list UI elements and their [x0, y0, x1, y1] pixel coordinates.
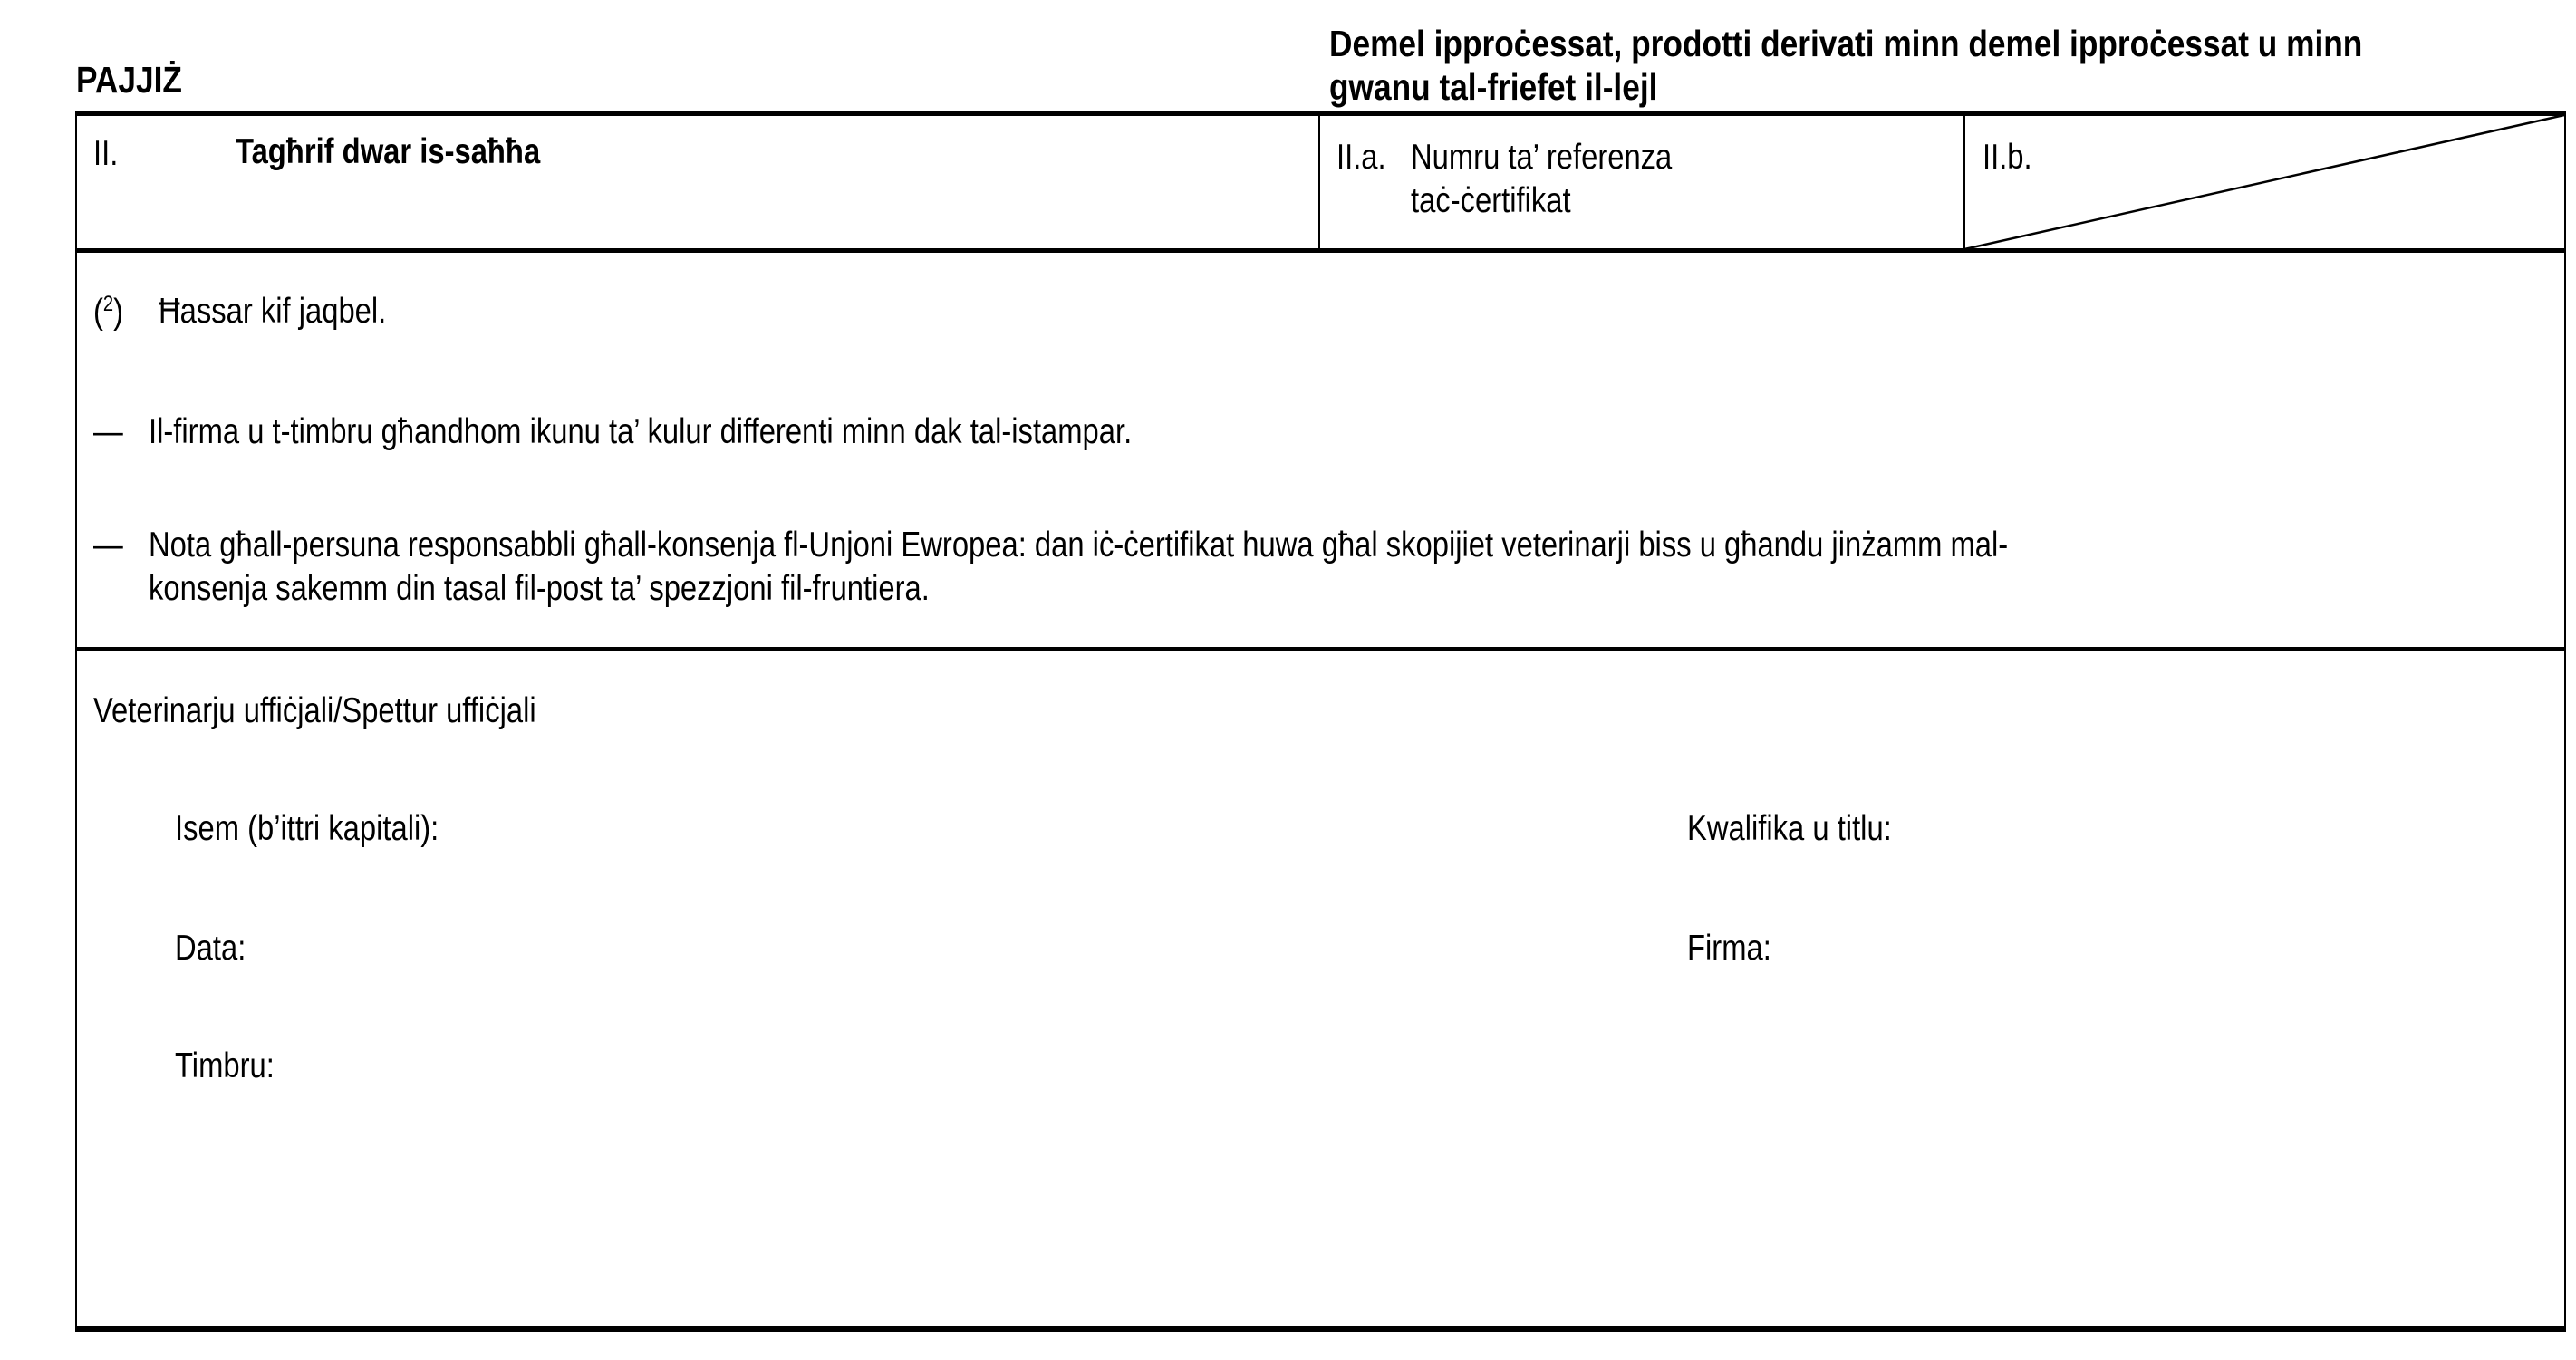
- iib-label: II.b.: [1983, 138, 2032, 178]
- bullet1-text: Il-firma u t-timbru għandhom ikunu ta’ k…: [149, 412, 1132, 452]
- section-title: Tagħrif dwar is-saħħa: [236, 132, 540, 172]
- commodity-heading: Demel ipproċessat, prodotti derivati min…: [1329, 22, 2576, 109]
- qualification-label: Kwalifika u titlu:: [1687, 809, 1892, 849]
- footnote: (2): [93, 292, 123, 333]
- footnote-open: (: [93, 293, 103, 332]
- footnote-text: Ħassar kif jaqbel.: [159, 292, 386, 332]
- signature-label: Firma:: [1687, 929, 1771, 969]
- date-label: Data:: [175, 929, 246, 969]
- iia-text-line1: Numru ta’ referenza: [1411, 138, 1672, 178]
- official-vet-heading: Veterinarju uffiċjali/Spettur uffiċjali: [93, 691, 536, 731]
- bullet2-dash: —: [93, 526, 123, 565]
- commodity-heading-line2: gwanu tal-friefet il-lejl: [1329, 65, 2576, 109]
- frame-bottom-border: [75, 1326, 2566, 1332]
- notes-divider: [75, 647, 2566, 651]
- footnote-close: ): [113, 293, 123, 332]
- frame-left-border: [75, 111, 77, 1332]
- stamp-label: Timbru:: [175, 1047, 275, 1086]
- iia-label: II.a.: [1336, 138, 1386, 178]
- bullet2-text-line2: konsenja sakemm din tasal fil-post ta’ s…: [149, 569, 930, 609]
- bullet2-text-line1: Nota għall-persuna responsabbli għall-ko…: [149, 526, 2008, 565]
- section-number: II.: [93, 134, 118, 174]
- column-divider-iia: [1318, 111, 1320, 251]
- iib-strikeout-diagonal: [1964, 114, 2565, 250]
- commodity-heading-line1: Demel ipproċessat, prodotti derivati min…: [1329, 22, 2576, 65]
- iia-text-line2: taċ-ċertifikat: [1411, 181, 1571, 221]
- bullet1-dash: —: [93, 412, 123, 452]
- footnote-marker: 2: [103, 292, 113, 316]
- country-heading: PAJJIŻ: [76, 59, 182, 101]
- frame-right-border: [2564, 111, 2566, 1332]
- name-label: Isem (b’ittri kapitali):: [175, 809, 439, 849]
